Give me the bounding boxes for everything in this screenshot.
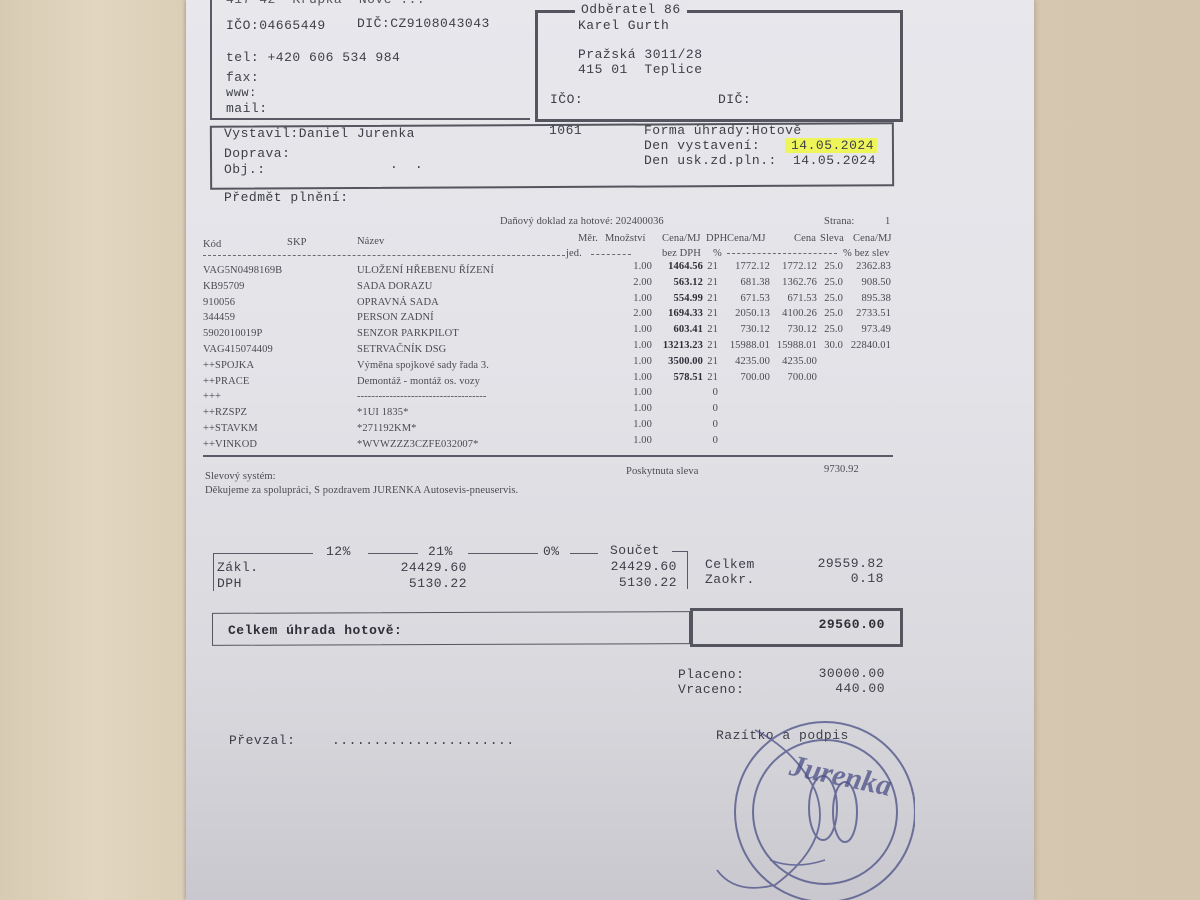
customer-city: 415 01 Teplice bbox=[578, 62, 703, 77]
cell-vat: 21 bbox=[703, 340, 718, 351]
issue-date-label: Den vystavení: bbox=[644, 138, 760, 153]
cell-nazev: Výměna spojkové sady řada 3. bbox=[357, 360, 587, 371]
cell-qty: 1.00 bbox=[600, 435, 652, 446]
vat-col-0: 0% bbox=[543, 544, 560, 559]
col-header-kod: Kód bbox=[203, 239, 221, 250]
cell-vat: 0 bbox=[703, 387, 718, 398]
vat-dph-sum: 5130.22 bbox=[560, 575, 677, 590]
col-header-nazev: Název bbox=[357, 236, 384, 247]
cell-unit-vat: 681.38 bbox=[720, 277, 770, 288]
rounding-label: Zaokr. bbox=[705, 572, 755, 587]
cell-vat: 21 bbox=[703, 372, 718, 383]
supplier-box-bottom-border bbox=[210, 118, 530, 120]
returned-value: 440.00 bbox=[770, 681, 885, 696]
discount-given-label: Poskytnuta sleva bbox=[626, 466, 698, 477]
vat-top-line bbox=[570, 553, 598, 554]
cell-nazev: PERSON ZADNÍ bbox=[357, 312, 587, 323]
vat-col-21: 21% bbox=[428, 544, 453, 559]
vat-base-21: 24429.60 bbox=[350, 560, 467, 575]
col-header-dph: DPH bbox=[706, 233, 727, 244]
col-header-sleva: Sleva bbox=[820, 233, 844, 244]
cell-qty: 1.00 bbox=[600, 293, 652, 304]
paid-value: 30000.00 bbox=[770, 666, 885, 681]
header-divider bbox=[727, 253, 837, 254]
cell-nazev: SETRVAČNÍK DSG bbox=[357, 344, 587, 355]
cell-nazev: *WVWZZZ3CZFE032007* bbox=[357, 439, 587, 450]
col-header-cena-mj2: Cena/MJ bbox=[727, 233, 766, 244]
vat-base-label: Zákl. bbox=[217, 560, 259, 575]
cell-nazev: *1UI 1835* bbox=[357, 407, 587, 418]
order-label: Obj.: bbox=[224, 162, 266, 177]
cell-unit-vat: 1772.12 bbox=[720, 261, 770, 272]
col-header-mer: Měr. bbox=[578, 233, 598, 244]
cell-orig: 22840.01 bbox=[843, 340, 891, 351]
cell-price: 603.41 bbox=[650, 324, 703, 335]
customer-name: Karel Gurth bbox=[578, 18, 669, 33]
supplier-fax: fax: bbox=[226, 70, 259, 85]
cell-total: 1772.12 bbox=[770, 261, 817, 272]
cell-price: 1694.33 bbox=[650, 308, 703, 319]
svg-text:Jurenka: Jurenka bbox=[786, 749, 895, 803]
cell-total: 700.00 bbox=[770, 372, 817, 383]
received-by-label: Převzal: bbox=[229, 733, 295, 748]
cell-nazev: *271192KM* bbox=[357, 423, 587, 434]
cell-disc: 25.0 bbox=[818, 261, 843, 272]
cell-price: 578.51 bbox=[650, 372, 703, 383]
col-header-pct: % bbox=[713, 248, 722, 259]
cell-kod: ++VINKOD bbox=[203, 439, 343, 450]
cell-qty: 1.00 bbox=[600, 340, 652, 351]
cell-price: 3500.00 bbox=[650, 356, 703, 367]
supplier-tel: tel: +420 606 534 984 bbox=[226, 50, 400, 65]
cell-unit-vat: 730.12 bbox=[720, 324, 770, 335]
cell-kod: ++STAVKM bbox=[203, 423, 343, 434]
cell-qty: 2.00 bbox=[600, 277, 652, 288]
cell-vat: 21 bbox=[703, 261, 718, 272]
cell-unit-vat: 700.00 bbox=[720, 372, 770, 383]
tax-date: 14.05.2024 bbox=[793, 153, 876, 168]
cell-total: 4100.26 bbox=[770, 308, 817, 319]
cell-kod: KB95709 bbox=[203, 281, 343, 292]
cell-orig: 908.50 bbox=[843, 277, 891, 288]
cell-nazev: ------------------------------------ bbox=[357, 391, 587, 402]
cell-vat: 0 bbox=[703, 419, 718, 430]
col-header-bez-dph: bez DPH bbox=[662, 248, 701, 259]
cell-qty: 2.00 bbox=[600, 308, 652, 319]
vat-top-line bbox=[213, 553, 313, 554]
cell-vat: 21 bbox=[703, 293, 718, 304]
document-title: Daňový doklad za hotové: 202400036 bbox=[500, 216, 664, 227]
cell-vat: 21 bbox=[703, 324, 718, 335]
cell-orig: 973.49 bbox=[843, 324, 891, 335]
page-number: 1 bbox=[885, 216, 890, 227]
total-label: Celkem bbox=[705, 557, 755, 572]
col-header-skp: SKP bbox=[287, 237, 307, 248]
cell-kod: ++PRACE bbox=[203, 376, 343, 387]
cell-price: 13213.23 bbox=[650, 340, 703, 351]
cell-kod: +++ bbox=[203, 391, 343, 402]
transport-label: Doprava: bbox=[224, 146, 290, 161]
returned-label: Vraceno: bbox=[678, 682, 744, 697]
tax-date-label: Den usk.zd.pln.: bbox=[644, 153, 777, 168]
cell-qty: 1.00 bbox=[600, 324, 652, 335]
col-header-cena: Cena bbox=[794, 233, 816, 244]
issuer-code: 1061 bbox=[549, 123, 582, 138]
supplier-box-left-border bbox=[210, 0, 212, 120]
col-header-cena-mj3: Cena/MJ bbox=[853, 233, 892, 244]
cell-nazev: SENZOR PARKPILOT bbox=[357, 328, 587, 339]
supplier-dic: DIČ:CZ9108043043 bbox=[357, 16, 490, 31]
vat-col-12: 12% bbox=[326, 544, 351, 559]
total-cash-label: Celkem úhrada hotově: bbox=[228, 623, 402, 638]
issue-date: 14.05.2024 bbox=[785, 138, 877, 153]
page-label: Strana: bbox=[824, 216, 854, 227]
cell-disc: 25.0 bbox=[818, 293, 843, 304]
rounding-value: 0.18 bbox=[770, 571, 884, 586]
cell-kod: ++SPOJKA bbox=[203, 360, 343, 371]
cell-qty: 1.00 bbox=[600, 356, 652, 367]
vat-top-line bbox=[672, 551, 688, 552]
col-header-cena-mj: Cena/MJ bbox=[662, 233, 701, 244]
cell-kod: VAG5N0498169B bbox=[203, 265, 343, 276]
supplier-www: www: bbox=[226, 86, 257, 100]
thanks-message: Děkujeme za spolupráci, S pozdravem JURE… bbox=[205, 485, 518, 496]
col-header-pct-bez-slev: % bez slev bbox=[843, 248, 889, 259]
cell-vat: 21 bbox=[703, 277, 718, 288]
cell-kod: ++RZSPZ bbox=[203, 407, 343, 418]
cell-nazev: ULOŽENÍ HŘEBENU ŘÍZENÍ bbox=[357, 265, 587, 276]
customer-ico-label: IČO: bbox=[550, 92, 583, 107]
customer-street: Pražská 3011/28 bbox=[578, 47, 703, 62]
cell-vat: 21 bbox=[703, 356, 718, 367]
cell-vat: 0 bbox=[703, 403, 718, 414]
cell-orig: 2362.83 bbox=[843, 261, 891, 272]
total-cash-value: 29560.00 bbox=[760, 617, 885, 632]
cell-total: 1362.76 bbox=[770, 277, 817, 288]
cell-vat: 21 bbox=[703, 308, 718, 319]
issued-by: Vystavil:Daniel Jurenka bbox=[224, 126, 415, 141]
cell-orig: 2733.51 bbox=[843, 308, 891, 319]
cell-kod: VAG415074409 bbox=[203, 344, 343, 355]
vat-right-border bbox=[687, 551, 688, 589]
cell-qty: 1.00 bbox=[600, 403, 652, 414]
received-by-dots: ...................... bbox=[332, 733, 515, 748]
vat-dph-label: DPH bbox=[217, 576, 242, 591]
company-stamp: Jurenka bbox=[715, 720, 915, 900]
supplier-address: 417 42 Krupka- Nové ... bbox=[226, 0, 425, 7]
cell-qty: 1.00 bbox=[600, 419, 652, 430]
stamp-icon: Jurenka bbox=[715, 720, 915, 900]
cell-unit-vat: 2050.13 bbox=[720, 308, 770, 319]
cell-unit-vat: 4235.00 bbox=[720, 356, 770, 367]
cell-total: 671.53 bbox=[770, 293, 817, 304]
cell-disc: 25.0 bbox=[818, 277, 843, 288]
cell-unit-vat: 671.53 bbox=[720, 293, 770, 304]
cell-vat: 0 bbox=[703, 435, 718, 446]
customer-heading: Odběratel 86 bbox=[575, 2, 687, 17]
col-header-mnozstvi: Množství bbox=[605, 233, 645, 244]
cell-qty: 1.00 bbox=[600, 372, 652, 383]
table-bottom-border bbox=[203, 455, 893, 457]
cell-price: 1464.56 bbox=[650, 261, 703, 272]
cell-nazev: Demontáž - montáž os. vozy bbox=[357, 376, 587, 387]
header-divider bbox=[203, 255, 565, 256]
cell-price: 563.12 bbox=[650, 277, 703, 288]
paid-label: Placeno: bbox=[678, 667, 744, 682]
vat-dph-21: 5130.22 bbox=[350, 576, 467, 591]
payment-form: Forma úhrady:Hotově bbox=[644, 123, 802, 138]
order-value: . . bbox=[390, 157, 423, 172]
discount-given-value: 9730.92 bbox=[824, 464, 859, 475]
cell-disc: 30.0 bbox=[818, 340, 843, 351]
vat-top-line bbox=[468, 553, 538, 554]
cell-nazev: OPRAVNÁ SADA bbox=[357, 297, 587, 308]
cell-kod: 5902010019P bbox=[203, 328, 343, 339]
vat-top-line bbox=[368, 553, 418, 554]
cell-kod: 344459 bbox=[203, 312, 343, 323]
cell-orig: 895.38 bbox=[843, 293, 891, 304]
supplier-mail: mail: bbox=[226, 101, 268, 116]
cell-price: 554.99 bbox=[650, 293, 703, 304]
cell-nazev: SADA DORAZU bbox=[357, 281, 587, 292]
supplier-ico: IČO:04665449 bbox=[226, 18, 326, 33]
cell-total: 730.12 bbox=[770, 324, 817, 335]
cell-unit-vat: 15988.01 bbox=[720, 340, 770, 351]
cell-disc: 25.0 bbox=[818, 324, 843, 335]
vat-col-sum: Součet bbox=[610, 543, 660, 558]
total-value: 29559.82 bbox=[770, 556, 884, 571]
subject-label: Předmět plnění: bbox=[224, 190, 349, 205]
cell-total: 15988.01 bbox=[770, 340, 817, 351]
customer-dic-label: DIČ: bbox=[718, 92, 751, 107]
cell-kod: 910056 bbox=[203, 297, 343, 308]
cell-disc: 25.0 bbox=[818, 308, 843, 319]
discount-system-label: Slevový systém: bbox=[205, 471, 276, 482]
col-header-jed: jed. bbox=[566, 248, 582, 259]
header-divider bbox=[591, 254, 631, 255]
cell-qty: 1.00 bbox=[600, 387, 652, 398]
vat-base-sum: 24429.60 bbox=[560, 559, 677, 574]
cell-qty: 1.00 bbox=[600, 261, 652, 272]
vat-left-border bbox=[213, 553, 214, 591]
cell-total: 4235.00 bbox=[770, 356, 817, 367]
